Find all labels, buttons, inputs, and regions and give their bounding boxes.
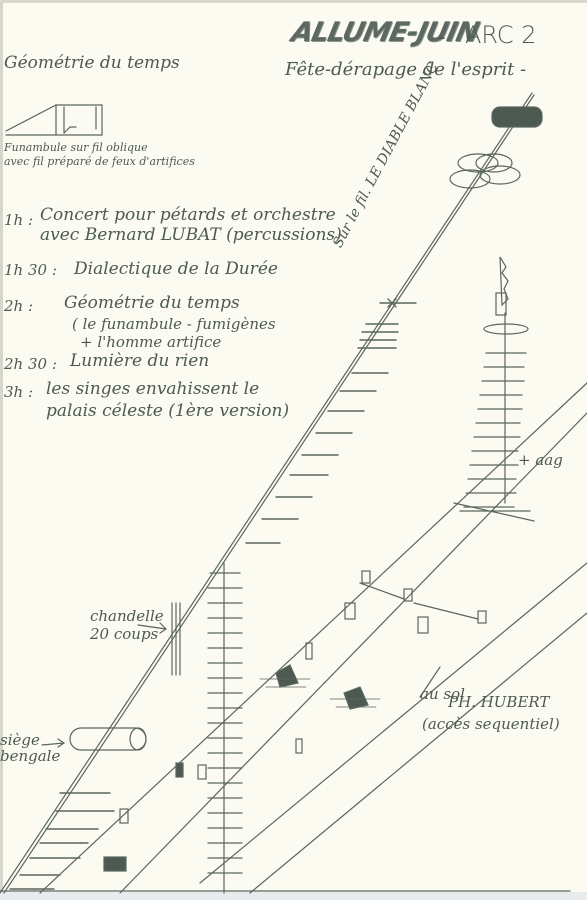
firework-tubes-icon: [10, 299, 416, 889]
candle-count-label: 20 coups: [90, 625, 158, 643]
firework-column-icon: [208, 563, 242, 893]
firework-tower-icon: [454, 257, 534, 521]
plus-note: + aag: [518, 451, 563, 469]
rocket-cylinders-icon: [450, 154, 520, 188]
sketch-page: ALLUME-JUIN - ARC 2 Fête-dérapage de l'e…: [0, 0, 587, 892]
sketch-drawing: [0, 3, 587, 895]
siege-label-2: bengale: [0, 747, 60, 765]
ground-performer-label: PH. HUBERT: [448, 693, 549, 711]
ground-sequence-label: (accès sequentiel): [422, 715, 560, 733]
building-sketch-icon: [6, 105, 102, 135]
candle-label: chandelle: [90, 607, 164, 625]
rocket-cylinder-icon: [492, 107, 542, 127]
main-wire: [0, 93, 532, 893]
